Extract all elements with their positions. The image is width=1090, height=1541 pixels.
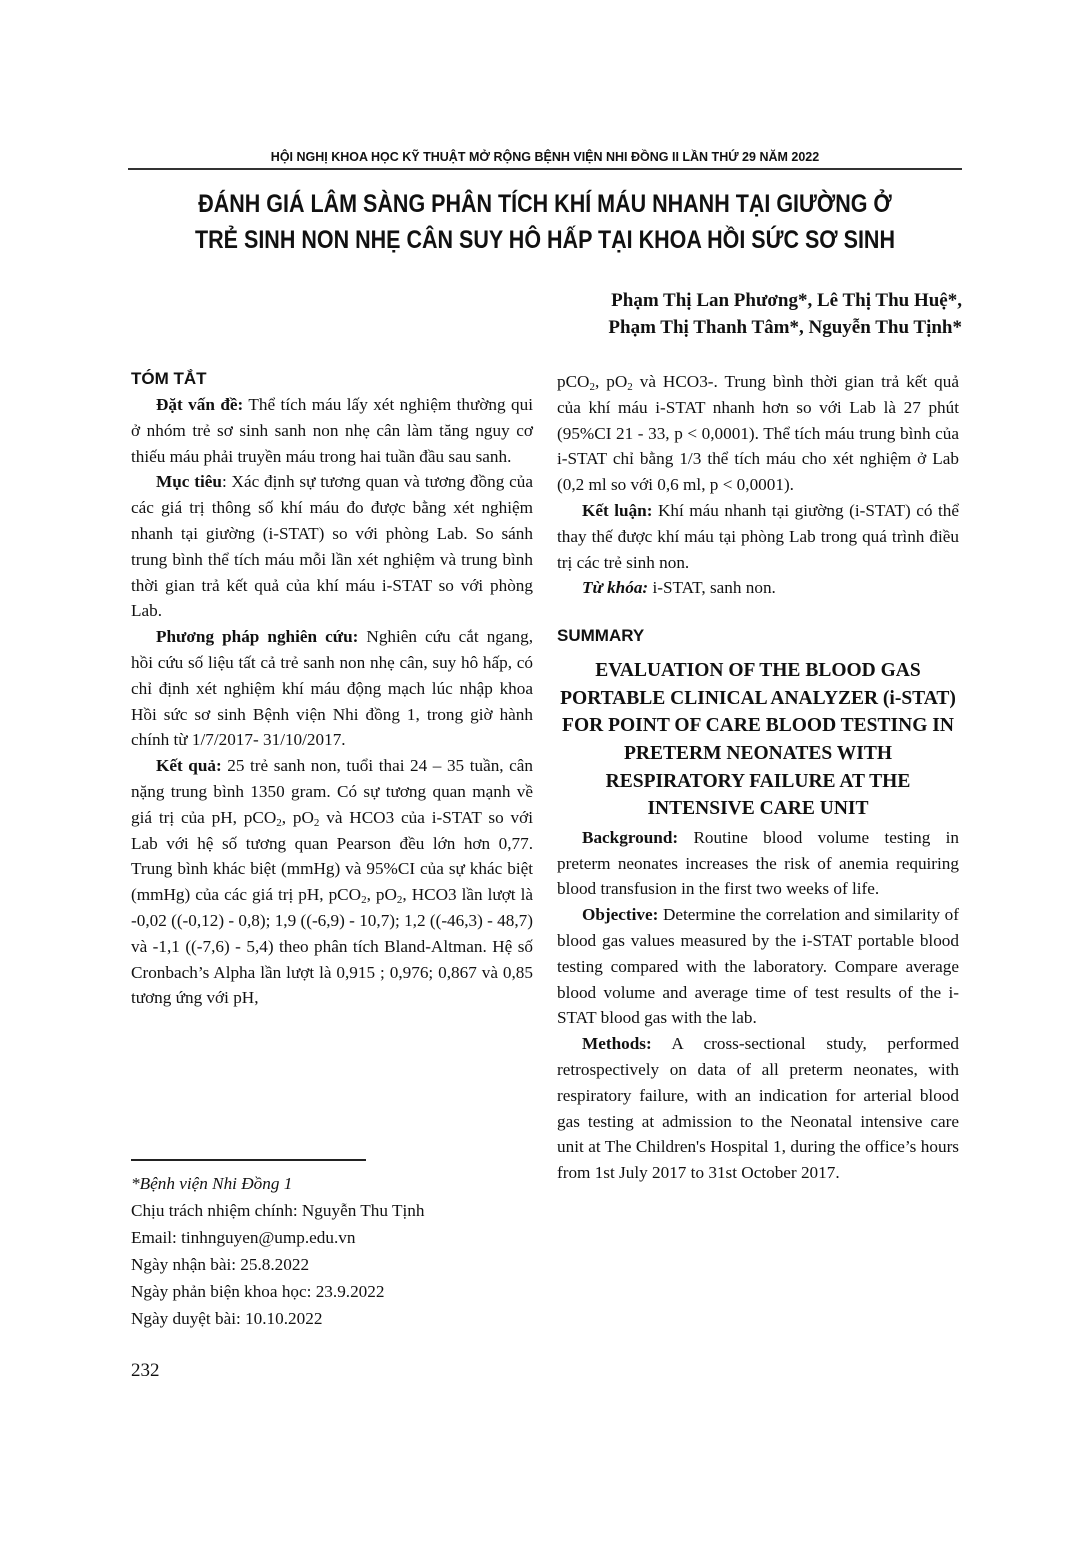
running-head: HỘI NGHỊ KHOA HỌC KỸ THUẬT MỞ RỘNG BỆNH … xyxy=(128,150,962,164)
label-conclusion-vi: Kết luận: xyxy=(582,501,652,520)
footnote-rule xyxy=(131,1159,366,1161)
abstract-objective-vi: Mục tiêu: Xác định sự tương quan và tươn… xyxy=(131,469,533,624)
contact-email: Email: tinhnguyen@ump.edu.vn xyxy=(131,1224,533,1251)
header-rule xyxy=(128,168,962,170)
date-accepted: Ngày duyệt bài: 10.10.2022 xyxy=(131,1305,533,1332)
abstract-methods-vi: Phương pháp nghiên cứu: Nghiên cứu cắt n… xyxy=(131,624,533,753)
left-column: Đặt vấn đề: Thể tích máu lấy xét nghiệm … xyxy=(131,392,533,1011)
label-background-en: Background: xyxy=(582,828,678,847)
summary-heading: SUMMARY xyxy=(557,625,959,647)
footnotes: *Bệnh viện Nhi Đồng 1 Chịu trách nhiệm c… xyxy=(131,1170,533,1332)
label-keywords-vi: Từ khóa: xyxy=(582,578,648,597)
authors-line-2: Phạm Thị Thanh Tâm*, Nguyễn Thu Tịnh* xyxy=(522,314,962,341)
english-title: EVALUATION OF THE BLOOD GAS PORTABLE CLI… xyxy=(557,657,959,823)
abstract-background-vi: Đặt vấn đề: Thể tích máu lấy xét nghiệm … xyxy=(131,392,533,469)
label-results-vi: Kết quả: xyxy=(156,756,222,775)
summary-objective: Objective: Determine the correlation and… xyxy=(557,902,959,1031)
summary-background: Background: Routine blood volume testing… xyxy=(557,825,959,902)
right-column: pCO2, pO2 và HCO3-. Trung bình thời gian… xyxy=(557,369,959,1186)
title-line-2: TRẺ SINH NON NHẸ CÂN SUY HÔ HẤP TẠI KHOA… xyxy=(186,222,903,258)
abstract-results-continued-vi: pCO2, pO2 và HCO3-. Trung bình thời gian… xyxy=(557,369,959,498)
abstract-results-vi: Kết quả: 25 trẻ sanh non, tuổi thai 24 –… xyxy=(131,753,533,1011)
date-reviewed: Ngày phản biện khoa học: 23.9.2022 xyxy=(131,1278,533,1305)
label-methods-en: Methods: xyxy=(582,1034,652,1053)
abstract-heading-vi: TÓM TẮT xyxy=(131,369,207,389)
article-title: ĐÁNH GIÁ LÂM SÀNG PHÂN TÍCH KHÍ MÁU NHAN… xyxy=(186,186,903,258)
summary-methods: Methods: A cross-sectional study, perfor… xyxy=(557,1031,959,1186)
author-list: Phạm Thị Lan Phương*, Lê Thị Thu Huệ*, P… xyxy=(522,287,962,341)
label-background-vi: Đặt vấn đề: xyxy=(156,395,243,414)
abstract-conclusion-vi: Kết luận: Khí máu nhanh tại giường (i-ST… xyxy=(557,498,959,575)
page-number: 232 xyxy=(131,1360,160,1382)
keywords-vi: Từ khóa: i-STAT, sanh non. xyxy=(557,575,959,601)
affiliation-note: *Bệnh viện Nhi Đồng 1 xyxy=(131,1170,533,1197)
corresponding-author: Chịu trách nhiệm chính: Nguyễn Thu Tịnh xyxy=(131,1197,533,1224)
title-line-1: ĐÁNH GIÁ LÂM SÀNG PHÂN TÍCH KHÍ MÁU NHAN… xyxy=(186,186,903,222)
date-received: Ngày nhận bài: 25.8.2022 xyxy=(131,1251,533,1278)
label-objective-en: Objective: xyxy=(582,905,658,924)
authors-line-1: Phạm Thị Lan Phương*, Lê Thị Thu Huệ*, xyxy=(522,287,962,314)
label-objective-vi: Mục tiêu xyxy=(156,472,222,491)
journal-page: HỘI NGHỊ KHOA HỌC KỸ THUẬT MỞ RỘNG BỆNH … xyxy=(0,0,1090,1541)
label-methods-vi: Phương pháp nghiên cứu: xyxy=(156,627,358,646)
